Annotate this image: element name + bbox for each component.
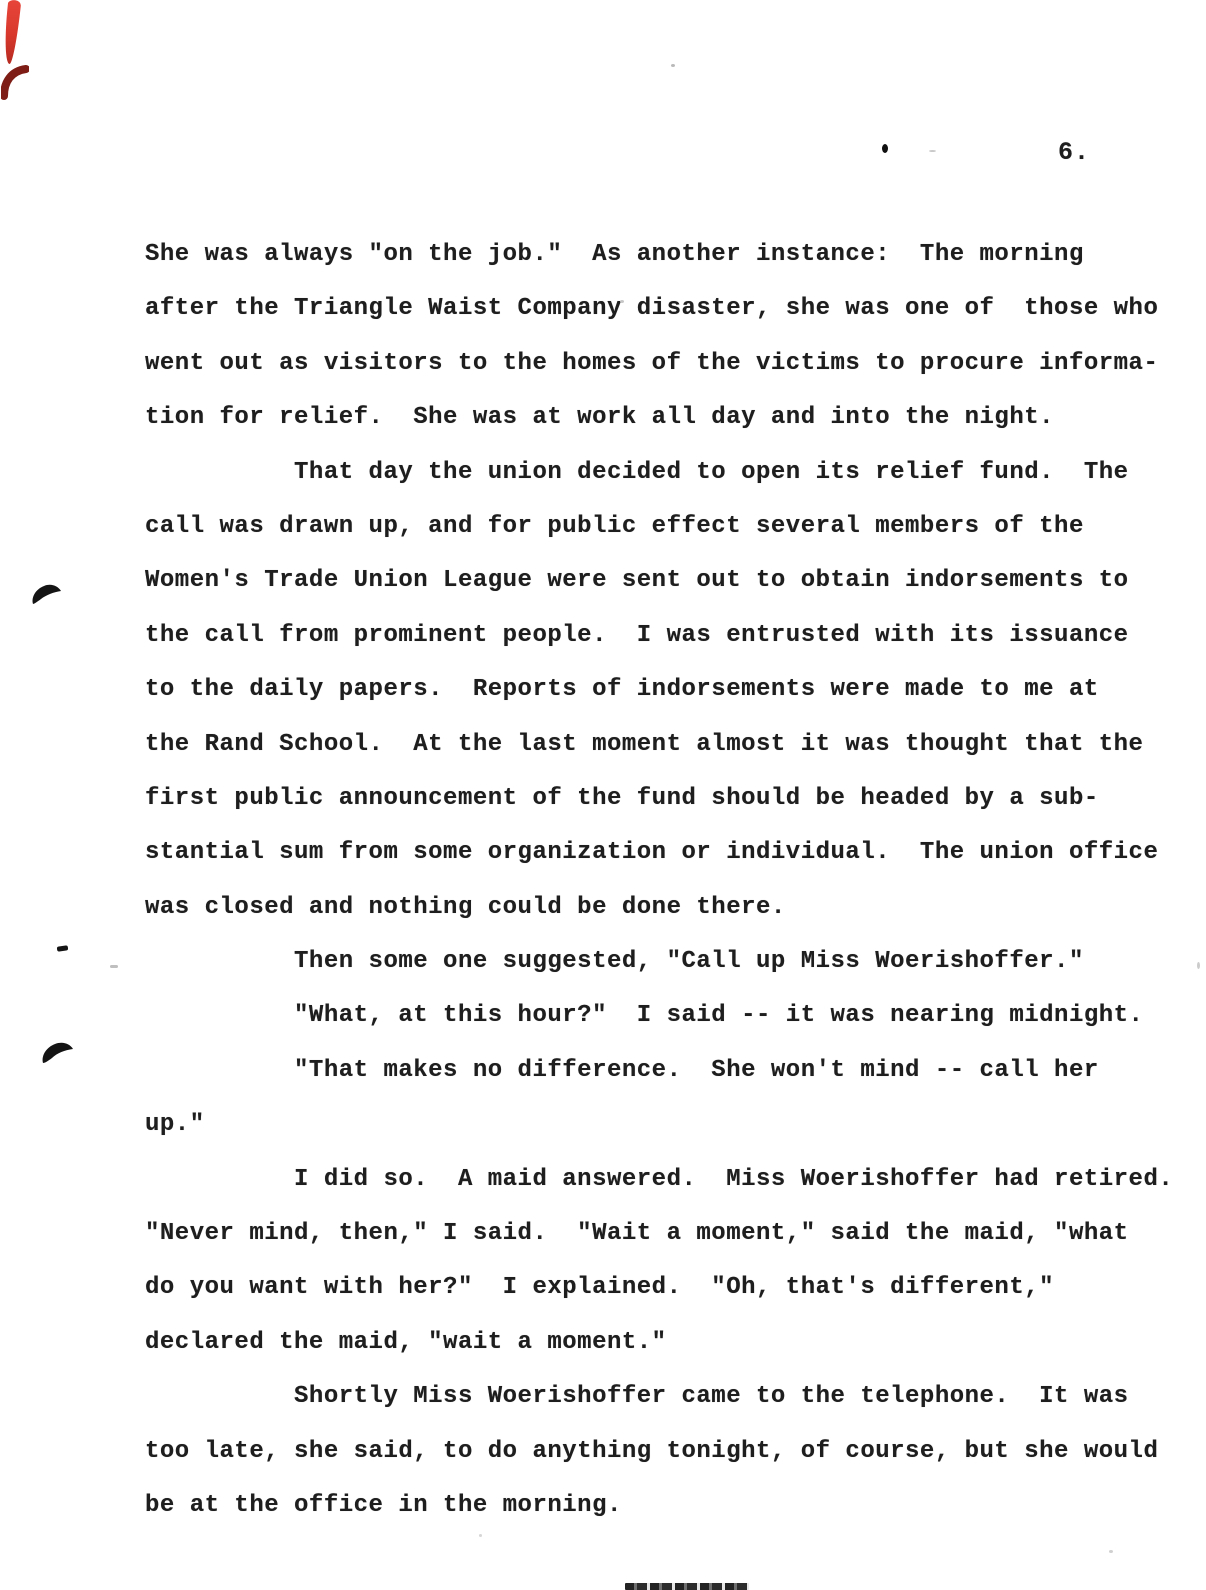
- scan-speck: [479, 1534, 482, 1537]
- text-line: be at the office in the morning.: [145, 1479, 1195, 1533]
- text-line: the call from prominent people. I was en…: [145, 609, 1195, 663]
- text-line: was closed and nothing could be done the…: [145, 881, 1195, 935]
- crescent-smudge-lower: [41, 1040, 74, 1071]
- text-line: tion for relief. She was at work all day…: [145, 391, 1195, 445]
- text-line: too late, she said, to do anything tonig…: [145, 1425, 1195, 1479]
- text-line: She was always "on the job." As another …: [145, 228, 1195, 282]
- text-line: "That makes no difference. She won't min…: [145, 1044, 1195, 1098]
- text-line: Then some one suggested, "Call up Miss W…: [145, 935, 1195, 989]
- ink-dot: [882, 144, 888, 153]
- page-number: 6.: [1058, 138, 1090, 167]
- bottom-edge-smudge: [625, 1583, 749, 1590]
- text-line: went out as visitors to the homes of the…: [145, 337, 1195, 391]
- text-line: I did so. A maid answered. Miss Woerisho…: [145, 1153, 1195, 1207]
- text-line: Shortly Miss Woerishoffer came to the te…: [145, 1370, 1195, 1424]
- scan-speck: [620, 300, 624, 303]
- text-line: do you want with her?" I explained. "Oh,…: [145, 1261, 1195, 1315]
- text-line: after the Triangle Waist Company disaste…: [145, 282, 1195, 336]
- scan-speck: [1109, 1550, 1113, 1553]
- text-line: up.": [145, 1098, 1195, 1152]
- crescent-smudge-upper: [31, 582, 62, 612]
- text-line: to the daily papers. Reports of indorsem…: [145, 663, 1195, 717]
- scan-speck: [671, 64, 675, 67]
- red-pen-mark-upper: [2, 0, 22, 65]
- text-line: "Never mind, then," I said. "Wait a mome…: [145, 1207, 1195, 1261]
- text-line: declared the maid, "wait a moment.": [145, 1316, 1195, 1370]
- dash-smudge: [57, 945, 69, 951]
- red-pen-mark-lower: [1, 62, 29, 105]
- text-line: Women's Trade Union League were sent out…: [145, 554, 1195, 608]
- typewritten-text-block: She was always "on the job." As another …: [145, 228, 1195, 1533]
- text-line: stantial sum from some organization or i…: [145, 826, 1195, 880]
- text-line: first public announcement of the fund sh…: [145, 772, 1195, 826]
- typescript-page: 6. She was always "on the job." As anoth…: [0, 0, 1206, 1590]
- text-line: That day the union decided to open its r…: [145, 446, 1195, 500]
- scan-speck: [110, 965, 118, 968]
- text-line: the Rand School. At the last moment almo…: [145, 718, 1195, 772]
- text-line: call was drawn up, and for public effect…: [145, 500, 1195, 554]
- text-line: "What, at this hour?" I said -- it was n…: [145, 989, 1195, 1043]
- scan-speck: [929, 150, 936, 152]
- scan-speck: [1197, 962, 1200, 969]
